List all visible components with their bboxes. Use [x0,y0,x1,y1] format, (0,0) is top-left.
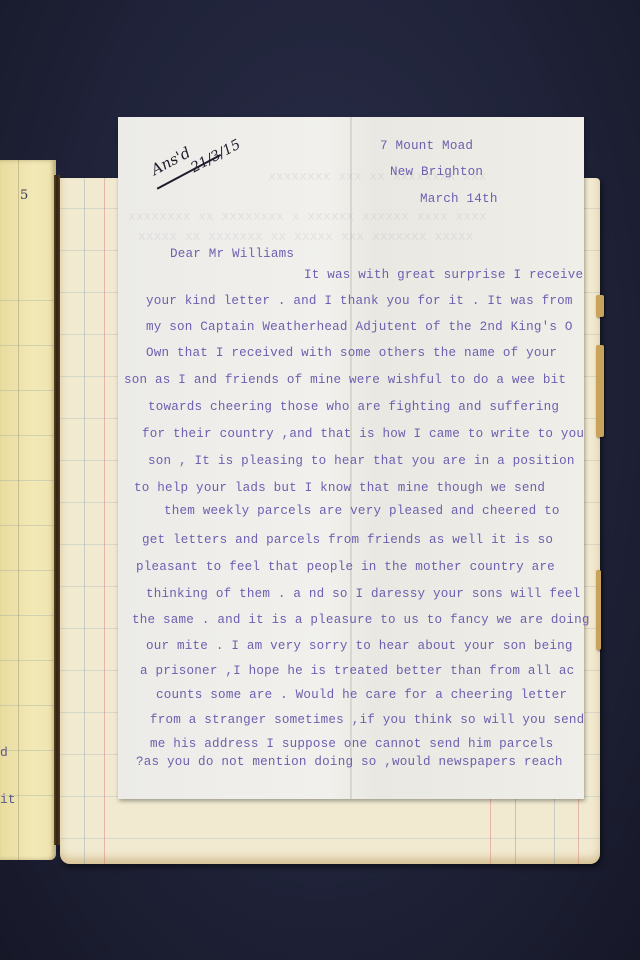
body-line: ?as you do not mention doing so ,would n… [136,755,563,769]
page-number: 5 [20,188,28,203]
letter-date: March 14th [420,192,498,206]
page-tab [596,345,604,437]
ledger-margin-line [104,178,105,864]
ruled-line [60,838,600,839]
ruled-line [0,705,56,706]
body-line: your kind letter . and I thank you for i… [146,294,573,308]
ruled-line [0,525,56,526]
body-line: for their country ,and that is how I cam… [142,427,584,441]
margin-fragment: it [0,792,16,807]
body-line: towards cheering those who are fighting … [148,400,559,414]
body-line: the same . and it is a pleasure to us to… [132,613,590,627]
ruled-line [0,615,56,616]
page-tab [596,570,601,650]
typed-letter: xxxxxxxx xxx xx xxxxxxxx xxx xxxxxxxx xx… [118,117,584,799]
address-line-town: New Brighton [390,165,483,179]
ruled-line [0,480,56,481]
body-line: Own that I received with some others the… [146,346,557,360]
left-ledger-page: 5 d it [0,160,56,860]
body-line: my son Captain Weatherhead Adjutent of t… [146,320,573,334]
page-tab [596,295,604,317]
ruled-line [0,435,56,436]
body-line: It was with great surprise I receive [304,268,583,282]
body-line: thinking of them . a nd so I daressy you… [146,587,580,601]
ledger-column-line [84,178,85,864]
body-line: counts some are . Would he care for a ch… [156,688,567,702]
body-line: them weekly parcels are very pleased and… [164,504,560,518]
ruled-line [0,300,56,301]
ruled-line [0,570,56,571]
body-line: from a stranger sometimes ,if you think … [150,713,584,727]
ruled-line [0,390,56,391]
body-line: our mite . I am very sorry to hear about… [146,639,573,653]
body-line: son as I and friends of mine were wishfu… [124,373,566,387]
show-through-text: xxxxx xx xxxxxxx xx xxxxx xxx xxxxxxx xx… [138,229,584,244]
annotation-date: 21/3/15 [188,137,243,176]
ruled-line [0,660,56,661]
margin-line [18,160,19,860]
ruled-line [0,750,56,751]
body-line: pleasant to feel that people in the moth… [136,560,555,574]
body-line: get letters and parcels from friends as … [142,533,553,547]
margin-fragment: d [0,745,8,760]
body-line: a prisoner ,I hope he is treated better … [140,664,574,678]
body-line: to help your lads but I know that mine t… [134,481,545,495]
salutation: Dear Mr Williams [170,247,294,261]
body-line: me his address I suppose one cannot send… [150,737,553,751]
body-line: son , It is pleasing to hear that you ar… [148,454,575,468]
handwritten-annotation: Ans'd 21/3/15 [148,143,193,179]
address-line-street: 7 Mount Moad [380,139,473,153]
ruled-line [0,345,56,346]
show-through-text: xxxxxxxx xx xxxxxxxx x xxxxxx xxxxxx xxx… [128,209,584,224]
